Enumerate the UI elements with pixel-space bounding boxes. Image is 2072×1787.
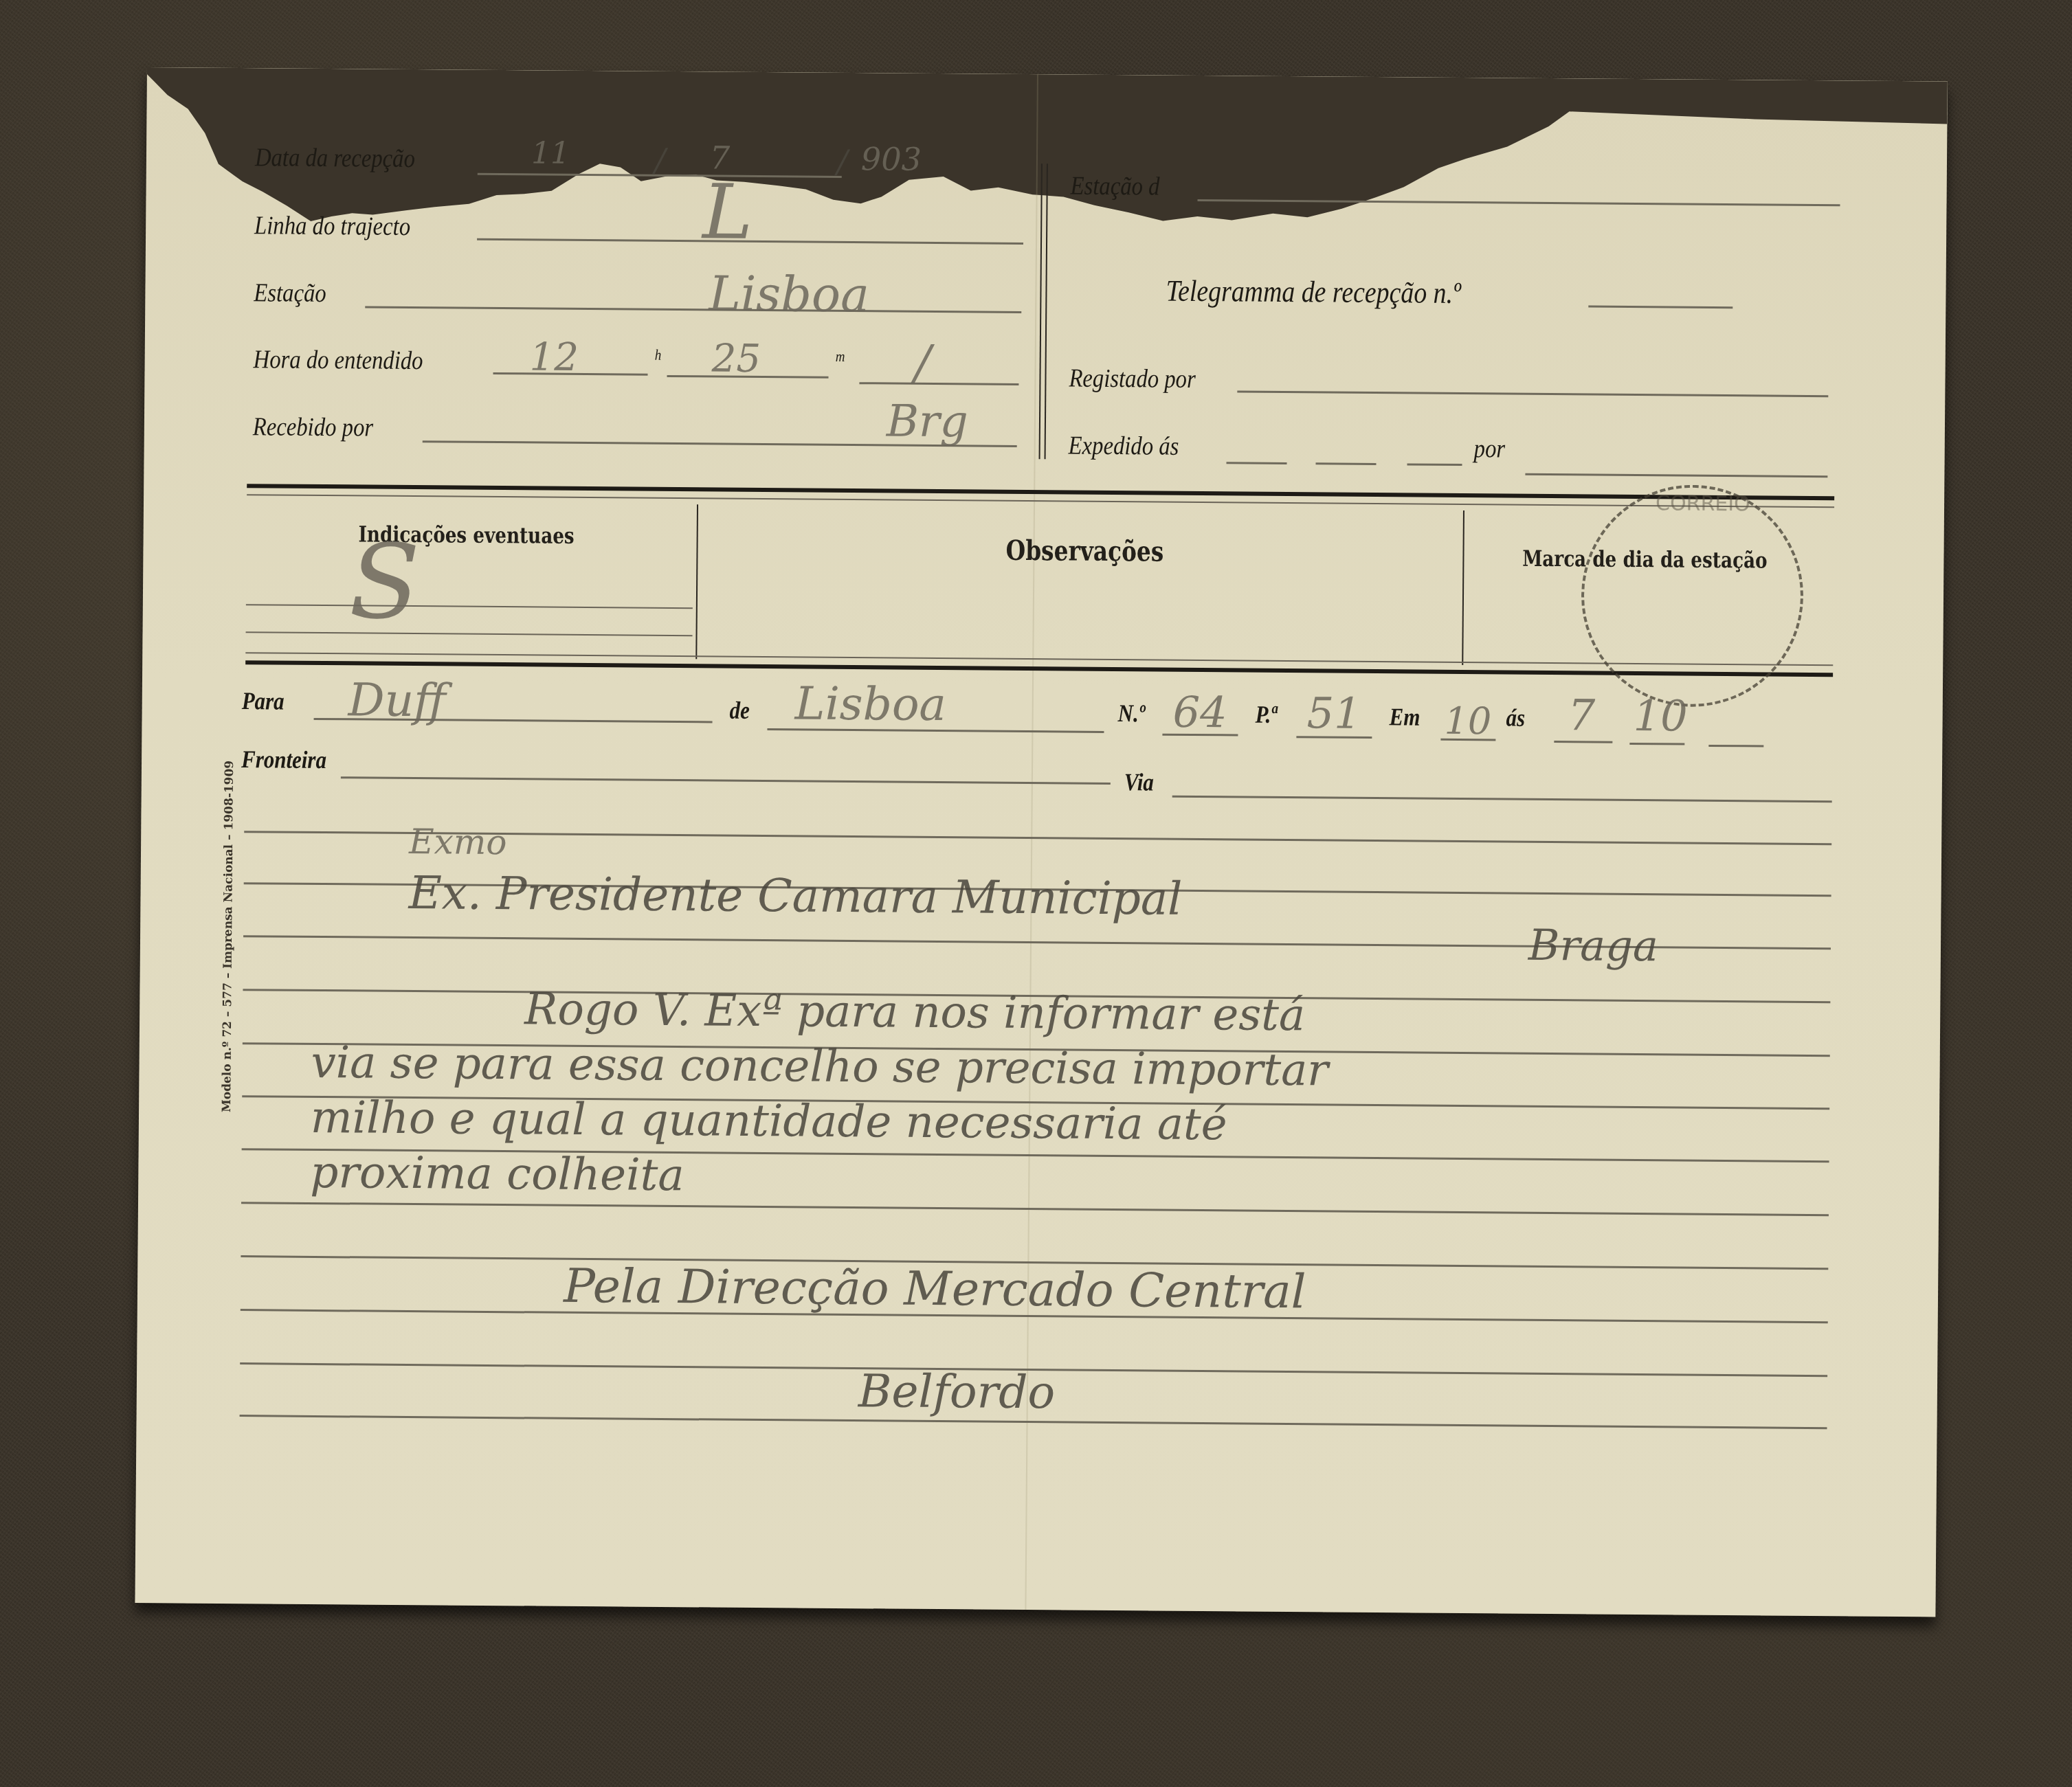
indicacoes-eventuaes-value: S [348,522,420,642]
linha-trajecto-value: L [702,168,753,256]
hora-h-value: 12 [529,335,579,380]
via-label: Via [1124,767,1154,796]
message-rule [241,1202,1829,1216]
registado-por-field[interactable] [1237,390,1828,397]
hora-m-value: 25 [711,336,761,381]
hora-entendido-label: Hora do entendido [253,344,423,376]
recebido-por-value: Brg [887,396,968,447]
as-extra-field[interactable] [1708,745,1763,748]
message-line-7: proxima colheita [310,1147,684,1201]
expedido-s-field[interactable] [1407,463,1462,466]
expedido-por-field[interactable] [1525,473,1827,477]
de-value: Lisboa [794,677,946,731]
p-label: P.ª [1255,700,1276,729]
message-line-6: milho e qual a quantidade necessaria até [311,1092,1227,1150]
estacao-field[interactable] [365,306,1021,314]
stamp-text: CORREIO [1656,491,1750,516]
p-value: 51 [1306,688,1361,739]
n-label: N.º [1117,699,1145,728]
message-line-4: Rogo V. Exª para nos informar está [524,984,1305,1041]
as-m-value: 10 [1633,690,1687,741]
message-line-2: Ex. Presidente Camara Municipal [408,866,1182,925]
table-top-rule [247,484,1834,500]
as-m-field[interactable] [1629,743,1684,745]
estacao-label: Estação [254,278,326,308]
expedido-m-field[interactable] [1316,462,1377,465]
observacoes-header: Observações [966,534,1203,568]
telegram-form: Modelo n.º 72 – 577 – Imprensa Nacional … [135,67,1947,1617]
hora-extra-field[interactable] [859,382,1018,385]
para-value: Duff [348,673,446,727]
n-value: 64 [1172,687,1227,738]
data-recepcao-year: 903 [861,140,922,178]
registado-por-label: Registado por [1069,363,1196,394]
telegramma-recepcao-label: Telegramma de recepção n.º [1166,273,1461,311]
em-value: 10 [1444,699,1491,743]
em-label: Em [1389,702,1420,731]
data-recepcao-label: Data da recepção [255,142,415,174]
message-line-1: Exmo [409,822,507,862]
telegramma-recepcao-field[interactable] [1588,305,1733,308]
linha-trajecto-label: Linha do trajecto [254,210,410,242]
expedido-h-field[interactable] [1227,462,1287,464]
fronteira-label: Fronteira [241,745,326,774]
estacao-value: Lisboa [709,265,869,323]
as-label: ás [1506,704,1525,732]
station-date-stamp [1581,484,1805,708]
side-imprint: Modelo n.º 72 – 577 – Imprensa Nacional … [220,761,236,1112]
recebido-por-label: Recebido por [253,412,373,442]
as-h-value: 7 [1568,690,1595,740]
message-line-3: Braga [1528,920,1658,971]
via-field[interactable] [1172,796,1832,803]
estacao-de-label: Estação d [1071,171,1160,202]
expedido-por-label: por [1474,434,1506,464]
as-h-field[interactable] [1554,741,1612,743]
para-label: Para [242,686,285,715]
de-label: de [730,696,750,725]
expedido-as-label: Expedido ás [1069,431,1179,462]
message-signature: Belfordo [858,1364,1056,1419]
message-line-5: via se para essa concelho se precisa imp… [311,1037,1328,1097]
data-recepcao-day: 11 [531,135,570,170]
fronteira-field[interactable] [341,776,1111,785]
hora-extra-value: / [914,335,931,391]
message-line-8: Pela Direcção Mercado Central [564,1259,1306,1319]
